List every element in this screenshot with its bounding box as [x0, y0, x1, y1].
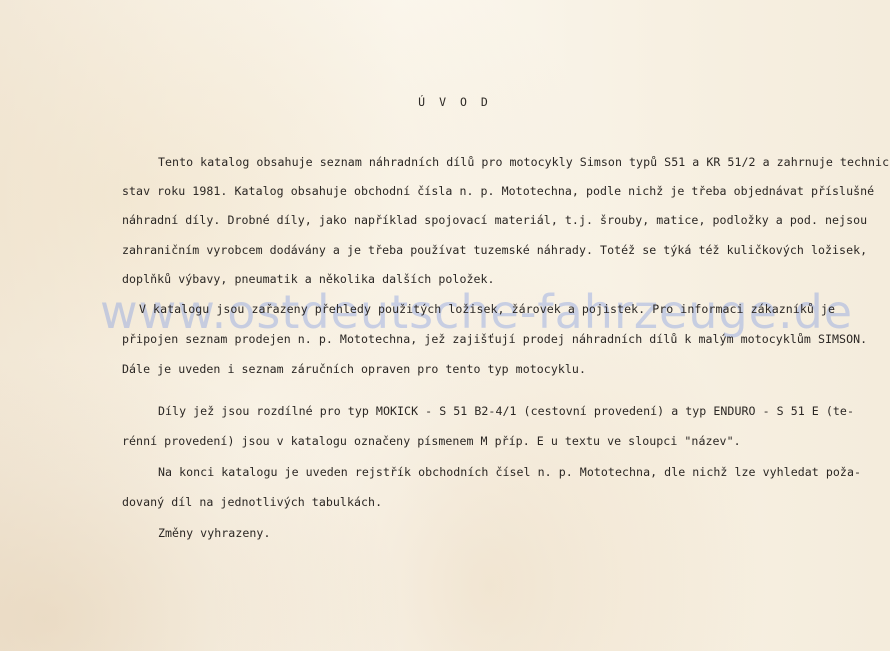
paragraph-line: Změny vyhrazeny. [158, 526, 270, 540]
paragraph-line: stav roku 1981. Katalog obsahuje obchodn… [122, 184, 874, 198]
document-page: ÚVOD www.ostdeutsche-fahrzeuge.de Tento … [0, 0, 890, 651]
paragraph-line: Na konci katalogu je uveden rejstřík obc… [158, 465, 861, 479]
paragraph-line: rénní provedení) jsou v katalogu označen… [122, 434, 741, 448]
paragraph-line: V katalogu jsou zařazeny přehledy použit… [139, 302, 835, 316]
paragraph-line: zahraničním vyrobcem dodávány a je třeba… [122, 243, 867, 257]
paragraph-line: dovaný díl na jednotlivých tabulkách. [122, 495, 382, 509]
paragraph-line: Tento katalog obsahuje seznam náhradních… [158, 155, 890, 169]
paragraph-line: Díly jež jsou rozdílné pro typ MOKICK - … [158, 404, 854, 418]
paragraph-line: náhradní díly. Drobné díly, jako napříkl… [122, 213, 867, 227]
paragraph-line: doplňků výbavy, pneumatik a několika dal… [122, 272, 495, 286]
paragraph-line: Dále je uveden i seznam záručních oprave… [122, 362, 586, 376]
page-title: ÚVOD [0, 95, 890, 109]
paragraph-line: připojen seznam prodejen n. p. Mototechn… [122, 332, 867, 346]
